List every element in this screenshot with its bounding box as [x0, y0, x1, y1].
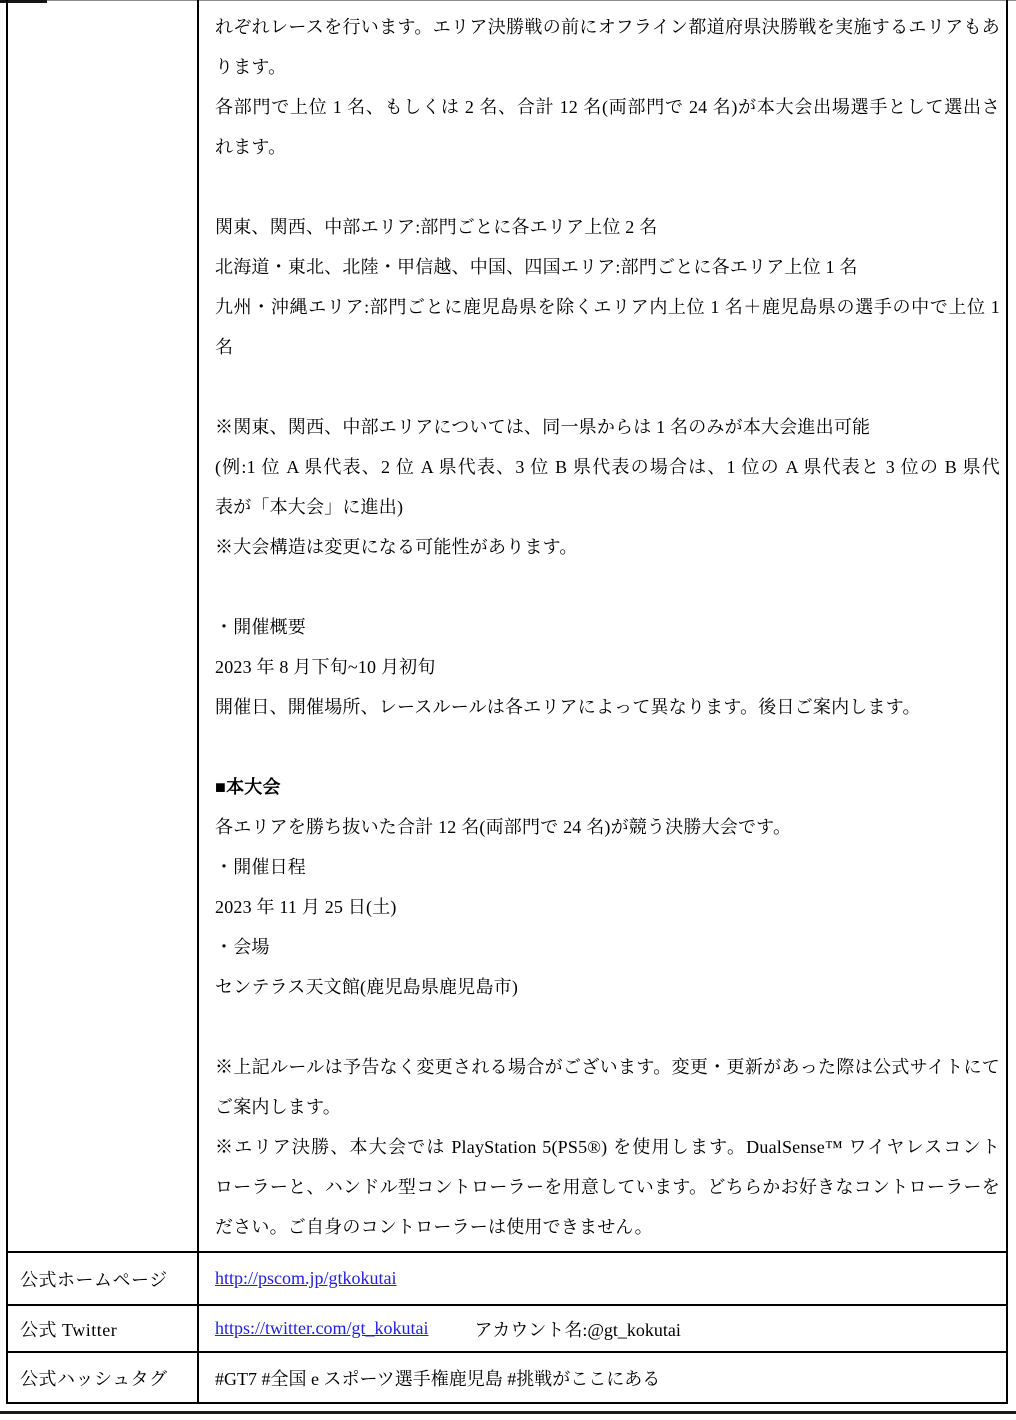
- content-line: ださい。ご自身のコントローラーは使用できません。: [215, 1207, 1000, 1247]
- content-line: [215, 367, 1000, 407]
- official-homepage-cell: http://pscom.jp/gtkokutai: [199, 1253, 1006, 1304]
- content-line: ・会場: [215, 927, 1000, 967]
- content-line: れぞれレースを行います。エリア決勝戦の前にオフライン都道府県決勝戦を実施するエリ…: [215, 7, 1000, 47]
- content-line: 2023 年 8 月下旬~10 月初旬: [215, 647, 1000, 687]
- overview-label-cell: [8, 0, 199, 1251]
- content-line: ご案内します。: [215, 1087, 1000, 1127]
- content-line: [215, 167, 1000, 207]
- content-line: ります。: [215, 47, 1000, 87]
- table-row-official-hashtags: 公式ハッシュタグ #GT7 #全国 e スポーツ選手権鹿児島 #挑戦がここにある: [8, 1353, 1006, 1404]
- content-line: ローラーと、ハンドル型コントローラーを用意しています。どちらかお好きなコントロー…: [215, 1167, 1000, 1207]
- page-bottom-rule: [0, 1411, 1016, 1414]
- official-twitter-label: 公式 Twitter: [8, 1306, 199, 1351]
- content-line: ・開催概要: [215, 607, 1000, 647]
- content-line: ・開催日程: [215, 847, 1000, 887]
- content-line: [215, 1007, 1000, 1047]
- official-twitter-link[interactable]: https://twitter.com/gt_kokutai: [215, 1318, 429, 1339]
- content-line: (例:1 位 A 県代表、2 位 A 県代表、3 位 B 県代表の場合は、1 位…: [215, 447, 1000, 487]
- content-line: ※上記ルールは予告なく変更される場合がございます。変更・更新があった際は公式サイ…: [215, 1047, 1000, 1087]
- tournament-info-table: れぞれレースを行います。エリア決勝戦の前にオフライン都道府県決勝戦を実施するエリ…: [6, 0, 1008, 1404]
- content-line: [215, 567, 1000, 607]
- hashtags-text: #GT7 #全国 e スポーツ選手権鹿児島 #挑戦がここにある: [215, 1365, 660, 1391]
- official-hashtags-cell: #GT7 #全国 e スポーツ選手権鹿児島 #挑戦がここにある: [199, 1353, 1006, 1402]
- content-line: 九州・沖縄エリア:部門ごとに鹿児島県を除くエリア内上位 1 名＋鹿児島県の選手の…: [215, 287, 1000, 327]
- twitter-account-name: アカウント名:@gt_kokutai: [475, 1316, 681, 1342]
- official-homepage-link[interactable]: http://pscom.jp/gtkokutai: [215, 1268, 397, 1289]
- content-line: 2023 年 11 月 25 日(土): [215, 887, 1000, 927]
- content-line: 開催日、開催場所、レースルールは各エリアによって異なります。後日ご案内します。: [215, 687, 1000, 727]
- content-line: ※大会構造は変更になる可能性があります。: [215, 527, 1000, 567]
- official-homepage-label: 公式ホームページ: [8, 1253, 199, 1304]
- table-row-tournament-overview: れぞれレースを行います。エリア決勝戦の前にオフライン都道府県決勝戦を実施するエリ…: [8, 0, 1006, 1253]
- official-twitter-cell: https://twitter.com/gt_kokutai アカウント名:@g…: [199, 1306, 1006, 1351]
- content-line: ※関東、関西、中部エリアについては、同一県からは 1 名のみが本大会進出可能: [215, 407, 1000, 447]
- content-line: ※エリア決勝、本大会では PlayStation 5(PS5®) を使用します。…: [215, 1127, 1000, 1167]
- content-line: 表が「本大会」に進出): [215, 487, 1000, 527]
- table-row-official-homepage: 公式ホームページ http://pscom.jp/gtkokutai: [8, 1253, 1006, 1306]
- content-line: [215, 727, 1000, 767]
- content-line: 名: [215, 327, 1000, 367]
- content-line: 北海道・東北、北陸・甲信越、中国、四国エリア:部門ごとに各エリア上位 1 名: [215, 247, 1000, 287]
- content-line: センテラス天文館(鹿児島県鹿児島市): [215, 967, 1000, 1007]
- official-hashtags-label: 公式ハッシュタグ: [8, 1353, 199, 1402]
- overview-content-cell: れぞれレースを行います。エリア決勝戦の前にオフライン都道府県決勝戦を実施するエリ…: [199, 0, 1006, 1251]
- content-line: 関東、関西、中部エリア:部門ごとに各エリア上位 2 名: [215, 207, 1000, 247]
- content-line: れます。: [215, 127, 1000, 167]
- content-line: 各エリアを勝ち抜いた合計 12 名(両部門で 24 名)が競う決勝大会です。: [215, 807, 1000, 847]
- content-line: 各部門で上位 1 名、もしくは 2 名、合計 12 名(両部門で 24 名)が本…: [215, 87, 1000, 127]
- content-line: ■本大会: [215, 767, 1000, 807]
- table-row-official-twitter: 公式 Twitter https://twitter.com/gt_kokuta…: [8, 1306, 1006, 1353]
